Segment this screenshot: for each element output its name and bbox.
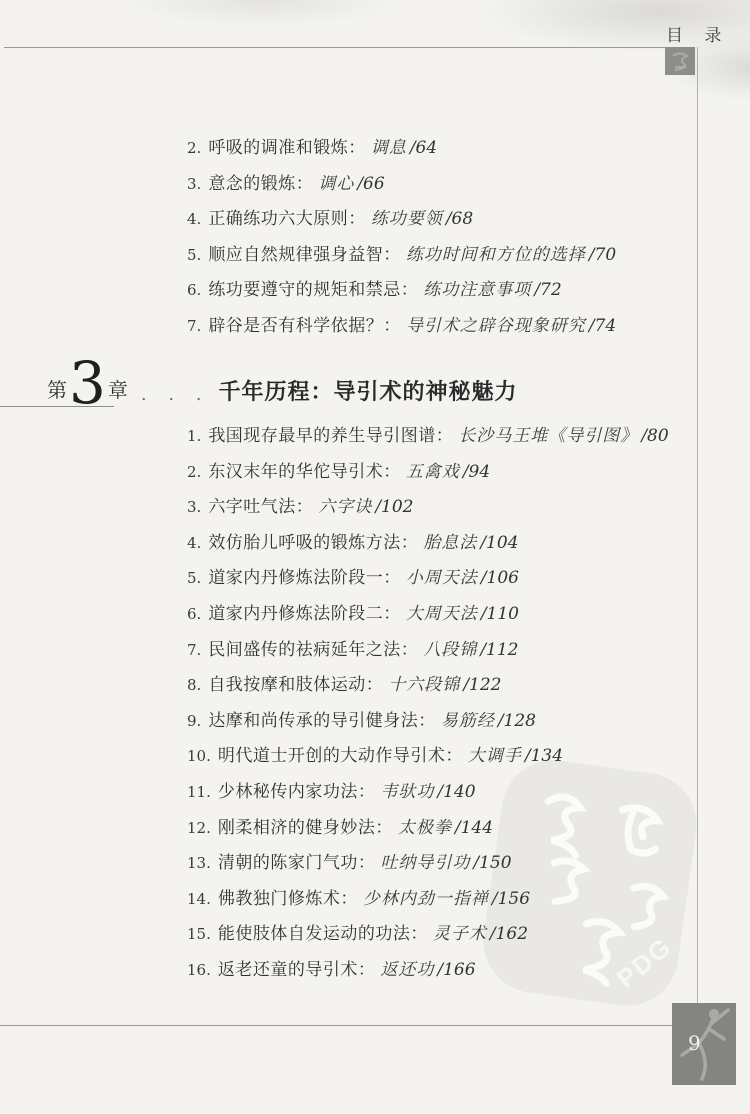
entry-number: 4. xyxy=(187,210,201,228)
entry-subtitle: 大周天法 xyxy=(406,604,478,624)
entry-subtitle: 五禽戏 xyxy=(406,462,460,482)
entry-title: 明代道士开创的大动作导引术： xyxy=(218,746,463,766)
entry-subtitle: 易筋经 xyxy=(441,711,495,731)
entry-page: /66 xyxy=(357,174,384,194)
entry-number: 12. xyxy=(187,819,211,837)
entry-subtitle: 小周天法 xyxy=(406,568,478,588)
entry-number: 6. xyxy=(187,605,201,623)
toc-entry: 4.效仿胎儿呼吸的锻炼方法：胎息法/104 xyxy=(187,528,727,564)
bottom-rule xyxy=(0,1025,673,1026)
entry-number: 1. xyxy=(187,427,201,445)
seal-glyph-icon xyxy=(665,47,695,75)
entry-subtitle: 调息 xyxy=(371,138,407,158)
toc-entry: 13.清朝的陈家门气功：吐纳导引功/150 xyxy=(187,848,727,884)
entry-number: 3. xyxy=(187,498,201,516)
entry-subtitle: 韦驮功 xyxy=(380,782,434,802)
chapter-number: 3 xyxy=(69,359,106,408)
entry-title: 效仿胎儿呼吸的锻炼方法： xyxy=(208,533,418,553)
toc-entry: 7.辟谷是否有科学依据？：导引术之辟谷现象研究/74 xyxy=(187,311,727,347)
entry-title: 返老还童的导引术： xyxy=(218,960,376,980)
entry-title: 我国现存最早的养生导引图谱： xyxy=(208,426,453,446)
entry-page: /68 xyxy=(446,209,473,229)
page-number-square: 9 xyxy=(672,1003,736,1085)
chapter-label-prefix: 第 xyxy=(47,374,67,408)
entry-subtitle: 调心 xyxy=(318,174,354,194)
entry-subtitle: 胎息法 xyxy=(423,533,477,553)
entry-title: 达摩和尚传承的导引健身法： xyxy=(208,711,436,731)
entry-page: /102 xyxy=(375,497,413,517)
entry-number: 7. xyxy=(187,641,201,659)
entry-number: 7. xyxy=(187,317,201,335)
entry-number: 15. xyxy=(187,925,211,943)
toc-entry: 3.意念的锻炼：调心/66 xyxy=(187,169,727,205)
toc-entry: 15.能使肢体自发运动的功法：灵子术/162 xyxy=(187,919,727,955)
entry-number: 4. xyxy=(187,534,201,552)
entry-title: 刚柔相济的健身妙法： xyxy=(218,818,393,838)
scanned-toc-page: { "header": { "title": "目 录" }, "footer"… xyxy=(0,0,750,1114)
page-title: 目 录 xyxy=(666,21,729,46)
entry-subtitle: 少林内劲一指禅 xyxy=(363,889,489,909)
entry-page: /128 xyxy=(498,711,536,731)
entry-title: 顺应自然规律强身益智： xyxy=(208,245,401,265)
entry-subtitle: 太极拳 xyxy=(398,818,452,838)
entry-page: /166 xyxy=(437,960,475,980)
entry-title: 自我按摩和肢体运动： xyxy=(208,675,383,695)
entry-title: 清朝的陈家门气功： xyxy=(218,853,376,873)
entry-page: /70 xyxy=(589,245,616,265)
entry-page: /150 xyxy=(473,853,511,873)
entry-page: /94 xyxy=(463,462,490,482)
entry-page: /162 xyxy=(490,924,528,944)
entry-page: /72 xyxy=(534,280,561,300)
toc-entry: 2.呼吸的调准和锻炼：调息/64 xyxy=(187,133,727,169)
entry-subtitle: 导引术之辟谷现象研究 xyxy=(406,316,586,336)
entry-number: 5. xyxy=(187,569,201,587)
entry-subtitle: 大调手 xyxy=(468,746,522,766)
toc-entry: 10.明代道士开创的大动作导引术：大调手/134 xyxy=(187,741,727,777)
toc-entry: 3.六字吐气法：六字诀/102 xyxy=(187,492,727,528)
entry-number: 3. xyxy=(187,175,201,193)
toc-entry: 8.自我按摩和肢体运动：十六段锦/122 xyxy=(187,670,727,706)
toc-entry: 12.刚柔相济的健身妙法：太极拳/144 xyxy=(187,813,727,849)
toc-entry: 11.少林秘传内家功法：韦驮功/140 xyxy=(187,777,727,813)
chapter-underline xyxy=(0,406,114,407)
entry-subtitle: 灵子术 xyxy=(433,924,487,944)
chapter-heading: 第 3 章 . . . 千年历程：导引术的神秘魅力 xyxy=(0,346,518,408)
entry-page: /80 xyxy=(641,426,668,446)
entry-subtitle: 练功注意事项 xyxy=(423,280,531,300)
exercise-figure-illustration-icon xyxy=(672,1003,736,1085)
entry-subtitle: 六字诀 xyxy=(318,497,372,517)
entry-number: 13. xyxy=(187,854,211,872)
entry-title: 东汉末年的华佗导引术： xyxy=(208,462,401,482)
entry-page: /140 xyxy=(437,782,475,802)
toc-entry: 7.民间盛传的祛病延年之法：八段锦/112 xyxy=(187,635,727,671)
entry-page: /134 xyxy=(525,746,563,766)
entry-page: /106 xyxy=(481,568,519,588)
entry-title: 能使肢体自发运动的功法： xyxy=(218,924,428,944)
chapter-title: 千年历程：导引术的神秘魅力 xyxy=(219,375,518,408)
toc-entry: 2.东汉末年的华佗导引术：五禽戏/94 xyxy=(187,457,727,493)
entry-number: 2. xyxy=(187,139,201,157)
toc-list-top: 2.呼吸的调准和锻炼：调息/643.意念的锻炼：调心/664.正确练功六大原则：… xyxy=(187,133,727,347)
toc-entry: 6.练功要遵守的规矩和禁忌：练功注意事项/72 xyxy=(187,275,727,311)
entry-number: 6. xyxy=(187,281,201,299)
top-rule xyxy=(4,47,665,48)
entry-page: /112 xyxy=(480,640,518,660)
entry-number: 11. xyxy=(187,783,211,801)
entry-title: 意念的锻炼： xyxy=(208,174,313,194)
entry-subtitle: 长沙马王堆《导引图》 xyxy=(458,426,638,446)
entry-title: 呼吸的调准和锻炼： xyxy=(208,138,366,158)
entry-subtitle: 返还功 xyxy=(380,960,434,980)
entry-number: 14. xyxy=(187,890,211,908)
entry-number: 9. xyxy=(187,712,201,730)
toc-entry: 5.道家内丹修炼法阶段一：小周天法/106 xyxy=(187,563,727,599)
entry-page: /104 xyxy=(480,533,518,553)
chapter-dots: . . . xyxy=(141,384,210,408)
entry-subtitle: 八段锦 xyxy=(423,640,477,660)
entry-title: 练功要遵守的规矩和禁忌： xyxy=(208,280,418,300)
entry-subtitle: 吐纳导引功 xyxy=(380,853,470,873)
entry-title: 正确练功六大原则： xyxy=(208,209,366,229)
entry-title: 六字吐气法： xyxy=(208,497,313,517)
page-number: 9 xyxy=(688,1033,701,1053)
toc-entry: 16.返老还童的导引术：返还功/166 xyxy=(187,955,727,991)
entry-page: /64 xyxy=(410,138,437,158)
entry-page: /74 xyxy=(589,316,616,336)
entry-subtitle: 练功要领 xyxy=(371,209,443,229)
entry-title: 佛教独门修炼术： xyxy=(218,889,358,909)
entry-number: 16. xyxy=(187,961,211,979)
entry-page: /110 xyxy=(481,604,519,624)
toc-entry: 1.我国现存最早的养生导引图谱：长沙马王堆《导引图》/80 xyxy=(187,421,727,457)
header-corner-square xyxy=(665,47,695,75)
entry-page: /122 xyxy=(463,675,501,695)
entry-number: 5. xyxy=(187,246,201,264)
toc-entry: 9.达摩和尚传承的导引健身法：易筋经/128 xyxy=(187,706,727,742)
entry-title: 道家内丹修炼法阶段二： xyxy=(208,604,401,624)
entry-page: /144 xyxy=(455,818,493,838)
toc-entry: 4.正确练功六大原则：练功要领/68 xyxy=(187,204,727,240)
toc-entry: 5.顺应自然规律强身益智：练功时间和方位的选择/70 xyxy=(187,240,727,276)
entry-number: 10. xyxy=(187,747,211,765)
entry-subtitle: 十六段锦 xyxy=(388,675,460,695)
entry-page: /156 xyxy=(492,889,530,909)
entry-title: 辟谷是否有科学依据？： xyxy=(208,316,401,336)
entry-title: 道家内丹修炼法阶段一： xyxy=(208,568,401,588)
toc-entry: 6.道家内丹修炼法阶段二：大周天法/110 xyxy=(187,599,727,635)
entry-title: 民间盛传的祛病延年之法： xyxy=(208,640,418,660)
entry-number: 2. xyxy=(187,463,201,481)
toc-entry: 14.佛教独门修炼术：少林内劲一指禅/156 xyxy=(187,884,727,920)
toc-list-chapter: 1.我国现存最早的养生导引图谱：长沙马王堆《导引图》/802.东汉末年的华佗导引… xyxy=(187,421,727,991)
entry-title: 少林秘传内家功法： xyxy=(218,782,376,802)
entry-subtitle: 练功时间和方位的选择 xyxy=(406,245,586,265)
entry-number: 8. xyxy=(187,676,201,694)
chapter-label-suffix: 章 xyxy=(108,374,128,408)
